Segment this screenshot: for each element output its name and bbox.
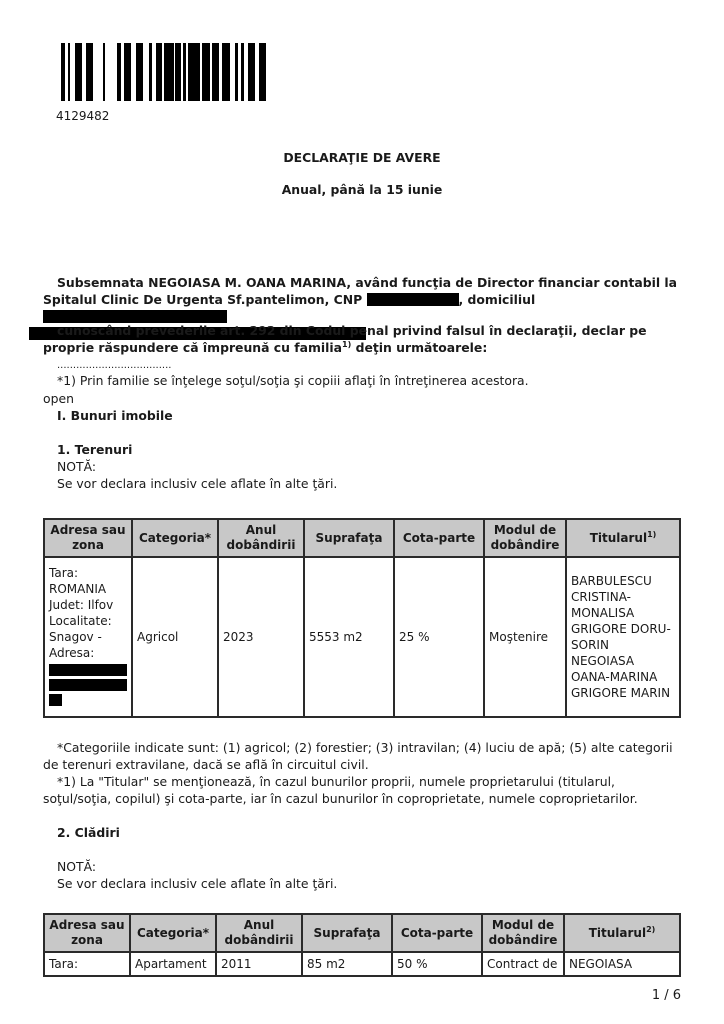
col-address: Adresa sau zona (44, 519, 132, 557)
note-text-2: Se vor declara inclusiv cele aflate în a… (57, 875, 337, 892)
cell-holder: BARBULESCU CRISTINA-MONALISA GRIGORE DOR… (566, 557, 680, 717)
note-text: Se vor declara inclusiv cele aflate în a… (57, 475, 337, 492)
cell-holder: NEGOIASA (564, 952, 680, 976)
col-mode: Modul de dobândire (484, 519, 566, 557)
holder-label: Titularul (590, 531, 647, 545)
table-row: Tara: ROMANIA Judet: Ilfov Localitate: S… (44, 557, 680, 717)
footnote-ref: 1) (342, 340, 351, 349)
cell-year: 2023 (218, 557, 304, 717)
subsection-buildings: 2. Clădiri (57, 824, 120, 841)
domicile-label: , domiciliul (459, 292, 536, 307)
holder-sup: 1) (647, 530, 656, 539)
cell-share: 25 % (394, 557, 484, 717)
col-holder: Titularul1) (566, 519, 680, 557)
declarant-text: Subsemnata NEGOIASA M. OANA MARINA, avân… (43, 275, 677, 307)
cell-address: Tara: ROMANIA Judet: Ilfov Localitate: S… (44, 557, 132, 717)
statement-paragraph: cunoscând prevederile art. 292 din Codul… (43, 322, 683, 356)
cell-address: Tara: (44, 952, 130, 976)
col-share: Cota-parte (392, 914, 482, 952)
col-area: Suprafaţa (302, 914, 392, 952)
cell-year: 2011 (216, 952, 302, 976)
table-header-row: Adresa sau zona Categoria* Anul dobândir… (44, 914, 680, 952)
col-area: Suprafaţa (304, 519, 394, 557)
note-label-2: NOTĂ: (57, 858, 96, 875)
page-indicator: 1 / 6 (652, 988, 681, 1003)
open-label: open (43, 390, 74, 407)
cell-mode: Contract de (482, 952, 564, 976)
document-subtitle: Anual, până la 15 iunie (0, 182, 724, 197)
land-table: Adresa sau zona Categoria* Anul dobândir… (43, 518, 681, 718)
statement-end: deţin următoarele: (351, 340, 487, 355)
address-text: Tara: ROMANIA Judet: Ilfov Localitate: S… (49, 566, 113, 660)
col-holder: Titularul2) (564, 914, 680, 952)
redacted-block (49, 664, 127, 676)
col-address: Adresa sau zona (44, 914, 130, 952)
family-footnote: *1) Prin familie se înţelege soţul/soţia… (57, 372, 529, 389)
table-header-row: Adresa sau zona Categoria* Anul dobândir… (44, 519, 680, 557)
col-year: Anul dobândirii (218, 519, 304, 557)
titular-note: *1) La "Titular" se menţionează, în cazu… (43, 773, 683, 807)
note-label: NOTĂ: (57, 458, 96, 475)
section-heading-immovable: I. Bunuri imobile (57, 407, 173, 424)
cell-mode: Moştenire (484, 557, 566, 717)
redacted-block (49, 679, 127, 691)
table-row: Tara: Apartament 2011 85 m2 50 % Contrac… (44, 952, 680, 976)
subsection-land: 1. Terenuri (57, 441, 132, 458)
document-title: DECLARAŢIE DE AVERE (0, 150, 724, 165)
col-year: Anul dobândirii (216, 914, 302, 952)
barcode (61, 43, 361, 101)
barcode-number: 4129482 (56, 109, 109, 123)
redacted-cnp (367, 293, 459, 306)
holder-sup: 2) (646, 925, 655, 934)
cell-area: 5553 m2 (304, 557, 394, 717)
categories-note: *Categoriile indicate sunt: (1) agricol;… (43, 739, 683, 773)
holder-label: Titularul (589, 926, 646, 940)
col-mode: Modul de dobândire (482, 914, 564, 952)
cell-category: Agricol (132, 557, 218, 717)
cell-area: 85 m2 (302, 952, 392, 976)
redacted-block (49, 694, 62, 706)
col-category: Categoria* (130, 914, 216, 952)
cell-share: 50 % (392, 952, 482, 976)
col-share: Cota-parte (394, 519, 484, 557)
cell-category: Apartament (130, 952, 216, 976)
col-category: Categoria* (132, 519, 218, 557)
buildings-table: Adresa sau zona Categoria* Anul dobândir… (43, 913, 681, 977)
